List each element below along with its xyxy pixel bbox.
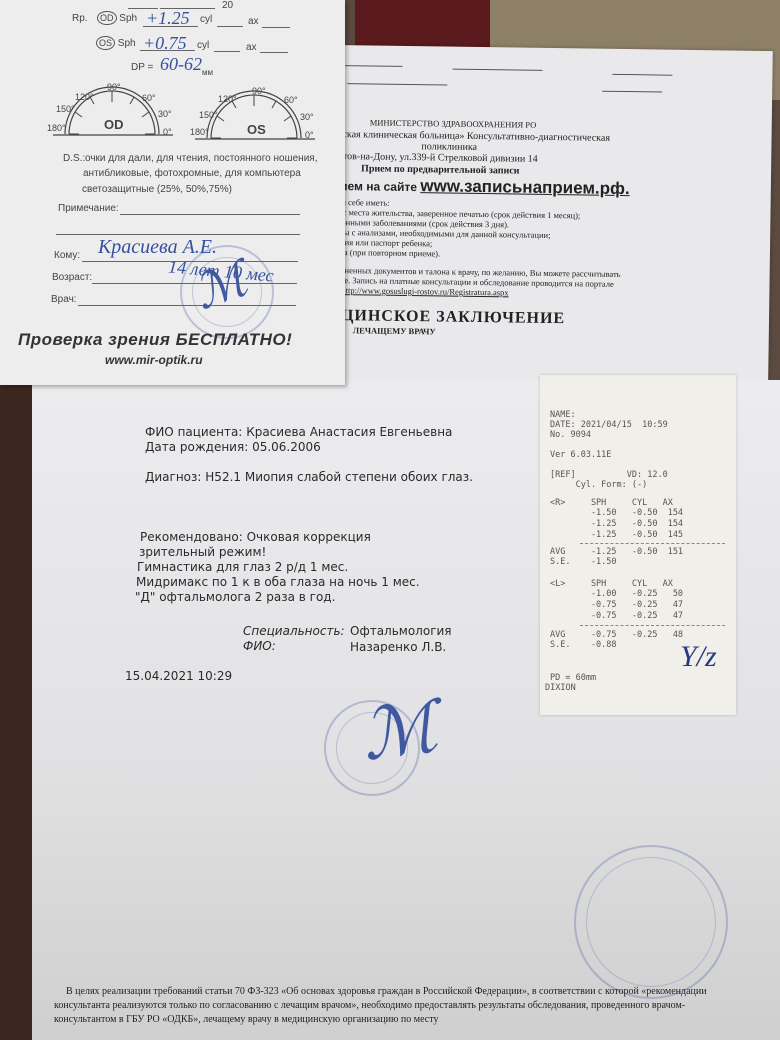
- os-cyl-label: cyl: [197, 40, 209, 51]
- receipt-date: DATE: 2021/04/15 10:59: [550, 420, 668, 430]
- receipt-name: NAME:: [550, 410, 576, 420]
- field-underline: [143, 26, 198, 27]
- note-underline: [120, 214, 300, 215]
- sph-label: Sph: [118, 38, 136, 49]
- separator: [580, 625, 725, 626]
- specialty-value: Офтальмология: [350, 624, 452, 638]
- separator: [580, 543, 725, 544]
- od-tick-120: 120°: [75, 92, 94, 102]
- receipt-number: No. 9094: [550, 430, 591, 440]
- online-booking-prefix: рием на сайте: [333, 179, 417, 194]
- diagnosis-value: H52.1 Миопия слабой степени обоих глаз.: [205, 470, 473, 484]
- os-tick-120: 120°: [218, 94, 237, 104]
- rp-label: Rp.: [72, 13, 88, 24]
- patient-name-label: ФИО пациента:: [145, 425, 242, 439]
- patient-name-row: ФИО пациента: Красиева Анастасия Евгенье…: [145, 425, 452, 439]
- spherical-equivalent-row: S.E. -0.88: [550, 640, 617, 650]
- os-ax-label: ax: [246, 42, 257, 53]
- od-ax-label: ax: [248, 16, 259, 27]
- receipt-ref-vd: [REF] VD: 12.0: [550, 470, 668, 480]
- os-tick-90: 90°: [252, 86, 266, 96]
- receipt-cyl-form: Cyl. Form: (-): [550, 480, 647, 490]
- od-tick-0: 0°: [163, 127, 172, 137]
- ds-line: очки для дали, для чтения, постоянного н…: [85, 153, 317, 164]
- optics-website-link[interactable]: www.mir-optik.ru: [105, 353, 203, 367]
- field-underline: [262, 27, 290, 28]
- measurement-row: -1.00 -0.25 50: [550, 589, 683, 599]
- dp-value: 60-62: [160, 54, 202, 75]
- note-underline: [56, 234, 300, 235]
- doctor-signature: ℳ: [357, 685, 443, 778]
- booking-website-link[interactable]: www.записьнаприем.рф.: [420, 176, 630, 198]
- average-row: AVG -0.75 -0.25 48: [550, 630, 683, 640]
- field-underline: [217, 26, 243, 27]
- appointment-note: Прием по предварительной записи: [361, 163, 520, 176]
- os-row: OS Sph: [96, 36, 136, 50]
- doctor-label: ФИО:: [243, 639, 276, 653]
- divider: [602, 91, 662, 93]
- divider: [343, 65, 403, 67]
- note-label: Примечание:: [58, 203, 119, 214]
- eyeglass-prescription-slip: 20 Rp. OD Sph +1.25 cyl ax OS Sph +0.75 …: [0, 0, 345, 385]
- to-label: Кому:: [54, 250, 80, 261]
- dp-label: DP =: [131, 62, 153, 73]
- spherical-equivalent-row: S.E. -1.50: [550, 557, 617, 567]
- receipt-pd: PD = 60mm: [550, 673, 596, 683]
- ministry-header: МИНИСТЕРСТВО ЗДРАВООХРАНЕНИЯ РО: [370, 117, 537, 129]
- polyclinic-name: поликлиника: [421, 141, 477, 153]
- left-eye-header: <L> SPH CYL AX: [550, 579, 673, 589]
- os-tick-0: 0°: [305, 130, 314, 140]
- divider: [347, 83, 447, 85]
- os-tick-30: 30°: [300, 112, 314, 122]
- average-row: AVG -1.25 -0.50 151: [550, 547, 683, 557]
- od-tick-60: 60°: [142, 93, 156, 103]
- document-subtitle: ЛЕЧАЩЕМУ ВРАЧУ: [353, 325, 436, 336]
- os-tick-150: 150°: [199, 110, 218, 120]
- legal-footer-text: В целях реализации требований статьи 70 …: [54, 985, 744, 1027]
- os-tick-180: 180°: [190, 127, 209, 137]
- receipt-version: Ver 6.03.11E: [550, 450, 611, 460]
- receipt-device-model: DIXION: [545, 683, 576, 693]
- ds-line: светозащитные (25%, 50%,75%): [82, 184, 232, 195]
- diagnosis-row: Диагноз: H52.1 Миопия слабой степени обо…: [145, 470, 473, 484]
- od-circle: OD: [97, 11, 117, 25]
- os-diagram-label: OS: [247, 122, 266, 137]
- field-underline: [140, 50, 195, 51]
- measurement-row: -1.50 -0.50 154: [550, 508, 683, 518]
- ds-line: антибликовые, фотохромные, для компьютер…: [83, 168, 301, 179]
- date-year-prefix: 20: [222, 0, 233, 11]
- os-circle: OS: [96, 36, 115, 50]
- od-cyl-label: cyl: [200, 14, 212, 25]
- od-tick-30: 30°: [158, 109, 172, 119]
- divider: [452, 69, 542, 71]
- dob-value: 05.06.2006: [252, 440, 321, 454]
- conclusion-datetime: 15.04.2021 10:29: [125, 669, 232, 683]
- doctor-label: Врач:: [51, 294, 77, 305]
- right-eye-header: <R> SPH CYL AX: [550, 498, 673, 508]
- measurement-row: -1.25 -0.50 145: [550, 530, 683, 540]
- doctor-name: Назаренко Л.В.: [350, 640, 446, 654]
- clinic-stamp: [574, 845, 728, 999]
- online-booking-line: рием на сайте www.записьнаприем.рф.: [333, 175, 630, 199]
- receipt-signature: Y/z: [680, 640, 717, 674]
- measurement-row: -1.25 -0.50 154: [550, 519, 683, 529]
- recommendation-line: зрительный режим!: [139, 545, 266, 559]
- divider: [612, 74, 672, 76]
- autorefractor-printout: NAME: DATE: 2021/04/15 10:59 No. 9094 Ve…: [540, 375, 736, 715]
- bring-item: рача (при повторном приеме).: [332, 247, 440, 259]
- od-diagram-label: OD: [104, 117, 124, 132]
- free-eye-check-promo: Проверка зрения БЕСПЛАТНО!: [18, 330, 292, 350]
- diagnosis-label: Диагноз:: [145, 470, 201, 484]
- specialty-label: Специальность:: [243, 624, 345, 638]
- age-label: Возраст:: [52, 272, 92, 283]
- dp-unit: мм: [202, 68, 213, 77]
- portal-link[interactable]: http://www.gosuslugi-rostov.ru/Registrat…: [341, 285, 508, 297]
- od-row: OD Sph: [97, 11, 137, 25]
- field-underline: [214, 51, 240, 52]
- measurement-row: -0.75 -0.25 47: [550, 600, 683, 610]
- field-underline: [260, 52, 288, 53]
- dob-row: Дата рождения: 05.06.2006: [145, 440, 321, 454]
- patient-name: Красиева Анастасия Евгеньевна: [246, 425, 452, 439]
- recommendation-line: Гимнастика для глаз 2 р/д 1 мес.: [137, 560, 348, 574]
- dob-label: Дата рождения:: [145, 440, 248, 454]
- od-tick-150: 150°: [56, 104, 75, 114]
- recommendation-line: "Д" офтальмолога 2 раза в год.: [135, 590, 335, 604]
- recommendation-line: Мидримакс по 1 к в оба глаза на ночь 1 м…: [136, 575, 420, 589]
- ds-label: D.S.:: [63, 153, 85, 164]
- measurement-row: -0.75 -0.25 47: [550, 611, 683, 621]
- sph-label: Sph: [119, 13, 137, 24]
- recommendation-line: Рекомендовано: Очковая коррекция: [140, 530, 371, 544]
- os-tick-60: 60°: [284, 95, 298, 105]
- od-tick-180: 180°: [47, 123, 66, 133]
- od-tick-90: 90°: [107, 82, 121, 92]
